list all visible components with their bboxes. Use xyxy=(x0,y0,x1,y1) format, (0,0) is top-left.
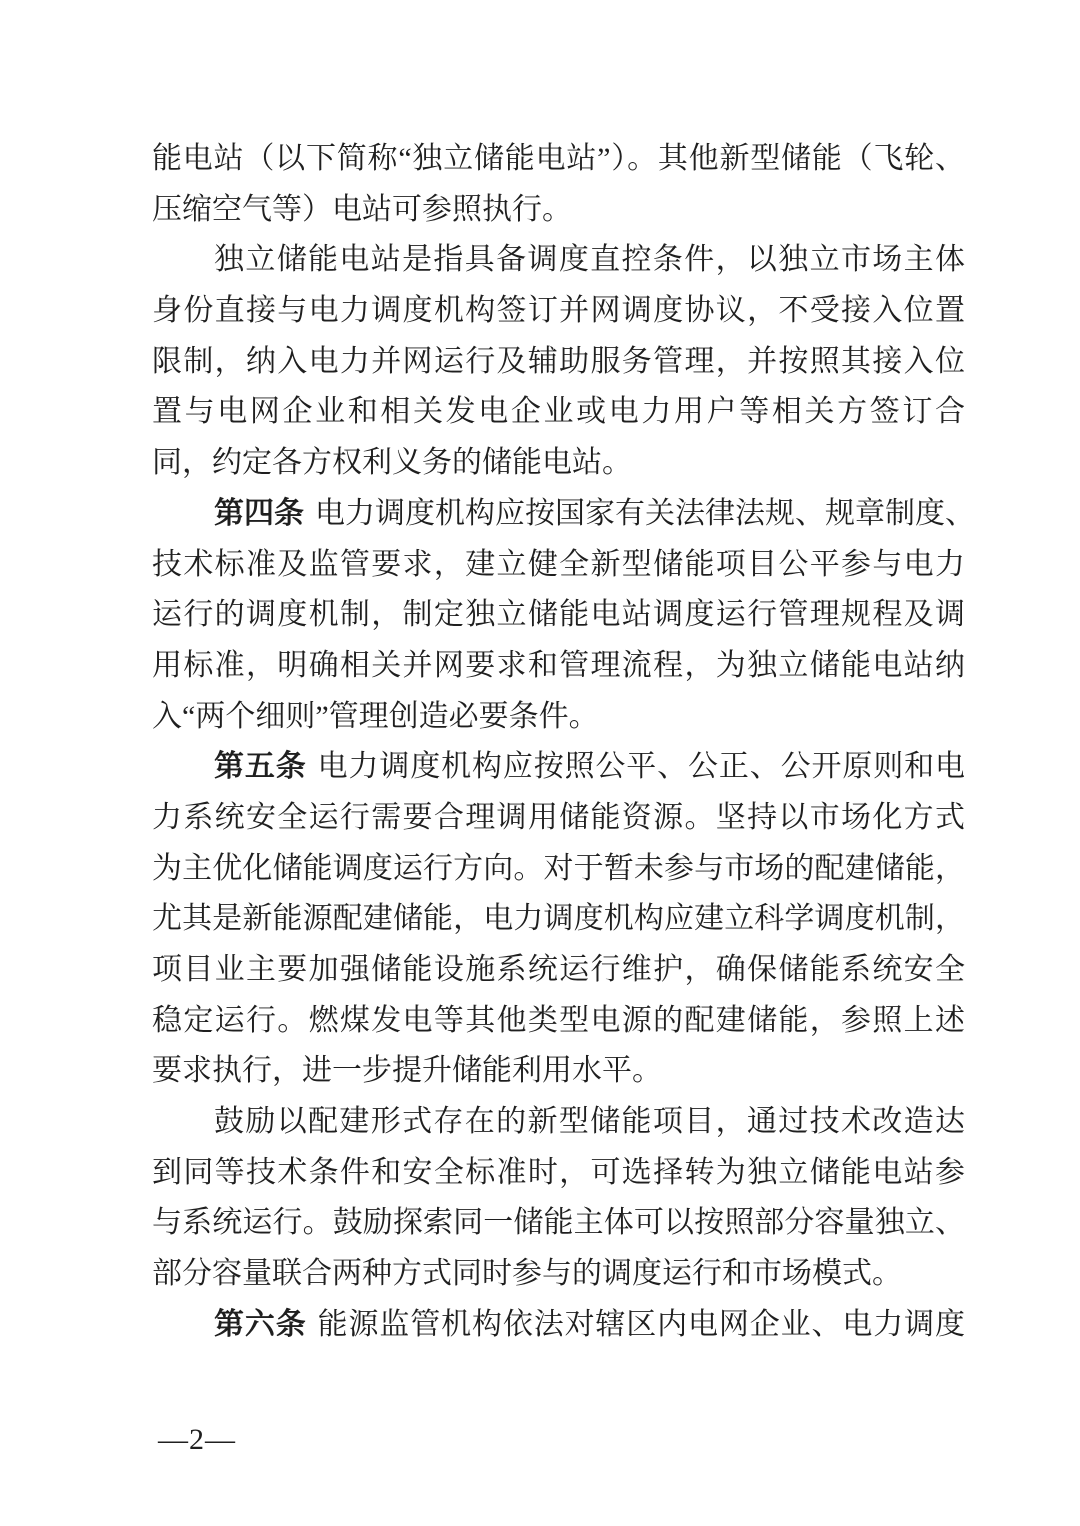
text-line: 入“两个细则”管理创造必要条件。 xyxy=(152,692,965,743)
text-line: 第六条能源监管机构依法对辖区内电网企业、电力调度 xyxy=(152,1300,965,1351)
text-line: 技术标准及监管要求，建立健全新型储能项目公平参与电力 xyxy=(152,540,965,591)
line-text: 与系统运行。鼓励探索同一储能主体可以按照部分容量独立、 xyxy=(152,1206,965,1239)
line-text: 能电站（以下简称“独立储能电站”）。其他新型储能（飞轮、 xyxy=(152,142,965,175)
text-line: 为主优化储能调度运行方向。对于暂未参与市场的配建储能， xyxy=(152,844,965,895)
text-line: 稳定运行。燃煤发电等其他类型电源的配建储能，参照上述 xyxy=(152,996,965,1047)
page-number: —2— xyxy=(158,1420,236,1460)
line-text: 入“两个细则”管理创造必要条件。 xyxy=(152,700,599,733)
line-text: 运行的调度机制，制定独立储能电站调度运行管理规程及调 xyxy=(152,598,965,631)
line-text: 限制，纳入电力并网运行及辅助服务管理，并按照其接入位 xyxy=(152,345,965,378)
line-text: 电力调度机构应按照公平、公正、公开原则和电 xyxy=(318,750,965,783)
article-label: 第六条 xyxy=(214,1308,307,1341)
text-line: 尤其是新能源配建储能，电力调度机构应建立科学调度机制， xyxy=(152,894,965,945)
text-line: 置与电网企业和相关发电企业或电力用户等相关方签订合 xyxy=(152,387,965,438)
line-text: 为主优化储能调度运行方向。对于暂未参与市场的配建储能， xyxy=(152,852,965,885)
text-line: 与系统运行。鼓励探索同一储能主体可以按照部分容量独立、 xyxy=(152,1198,965,1249)
text-line: 能电站（以下简称“独立储能电站”）。其他新型储能（飞轮、 xyxy=(152,134,965,185)
text-line: 独立储能电站是指具备调度直控条件，以独立市场主体 xyxy=(152,235,965,286)
text-line: 用标准，明确相关并网要求和管理流程，为独立储能电站纳 xyxy=(152,641,965,692)
text-line: 力系统安全运行需要合理调用储能资源。坚持以市场化方式 xyxy=(152,793,965,844)
line-text: 电力调度机构应按国家有关法律法规、规章制度、 xyxy=(315,497,975,530)
line-text: 压缩空气等）电站可参照执行。 xyxy=(152,193,572,226)
text-line: 项目业主要加强储能设施系统运行维护，确保储能系统安全 xyxy=(152,945,965,996)
line-text: 能源监管机构依法对辖区内电网企业、电力调度 xyxy=(318,1308,965,1341)
line-text: 置与电网企业和相关发电企业或电力用户等相关方签订合 xyxy=(152,395,965,428)
text-line: 到同等技术条件和安全标准时，可选择转为独立储能电站参 xyxy=(152,1148,965,1199)
article-label: 第五条 xyxy=(214,750,307,783)
line-text: 身份直接与电力调度机构签订并网调度协议，不受接入位置 xyxy=(152,294,965,327)
text-line: 运行的调度机制，制定独立储能电站调度运行管理规程及调 xyxy=(152,590,965,641)
line-text: 到同等技术条件和安全标准时，可选择转为独立储能电站参 xyxy=(152,1156,965,1189)
text-line: 限制，纳入电力并网运行及辅助服务管理，并按照其接入位 xyxy=(152,337,965,388)
text-line: 压缩空气等）电站可参照执行。 xyxy=(152,185,965,236)
text-line: 第四条电力调度机构应按国家有关法律法规、规章制度、 xyxy=(152,489,965,540)
line-text: 用标准，明确相关并网要求和管理流程，为独立储能电站纳 xyxy=(152,649,965,682)
line-text: 要求执行，进一步提升储能利用水平。 xyxy=(152,1054,662,1087)
line-text: 同，约定各方权利义务的储能电站。 xyxy=(152,446,632,479)
text-line: 鼓励以配建形式存在的新型储能项目，通过技术改造达 xyxy=(152,1097,965,1148)
line-text: 独立储能电站是指具备调度直控条件，以独立市场主体 xyxy=(214,243,965,276)
text-line: 第五条电力调度机构应按照公平、公正、公开原则和电 xyxy=(152,742,965,793)
line-text: 部分容量联合两种方式同时参与的调度运行和市场模式。 xyxy=(152,1257,902,1290)
text-line: 身份直接与电力调度机构签订并网调度协议，不受接入位置 xyxy=(152,286,965,337)
line-text: 鼓励以配建形式存在的新型储能项目，通过技术改造达 xyxy=(214,1105,965,1138)
line-text: 项目业主要加强储能设施系统运行维护，确保储能系统安全 xyxy=(152,953,965,986)
line-text: 力系统安全运行需要合理调用储能资源。坚持以市场化方式 xyxy=(152,801,965,834)
article-label: 第四条 xyxy=(214,497,304,530)
text-line: 要求执行，进一步提升储能利用水平。 xyxy=(152,1046,965,1097)
document-body: 能电站（以下简称“独立储能电站”）。其他新型储能（飞轮、 压缩空气等）电站可参照… xyxy=(152,134,965,1351)
text-line: 部分容量联合两种方式同时参与的调度运行和市场模式。 xyxy=(152,1249,965,1300)
text-line: 同，约定各方权利义务的储能电站。 xyxy=(152,438,965,489)
line-text: 尤其是新能源配建储能，电力调度机构应建立科学调度机制， xyxy=(152,902,965,935)
document-page: 能电站（以下简称“独立储能电站”）。其他新型储能（飞轮、 压缩空气等）电站可参照… xyxy=(0,0,1080,1526)
line-text: 稳定运行。燃煤发电等其他类型电源的配建储能，参照上述 xyxy=(152,1004,965,1037)
line-text: 技术标准及监管要求，建立健全新型储能项目公平参与电力 xyxy=(152,548,965,581)
